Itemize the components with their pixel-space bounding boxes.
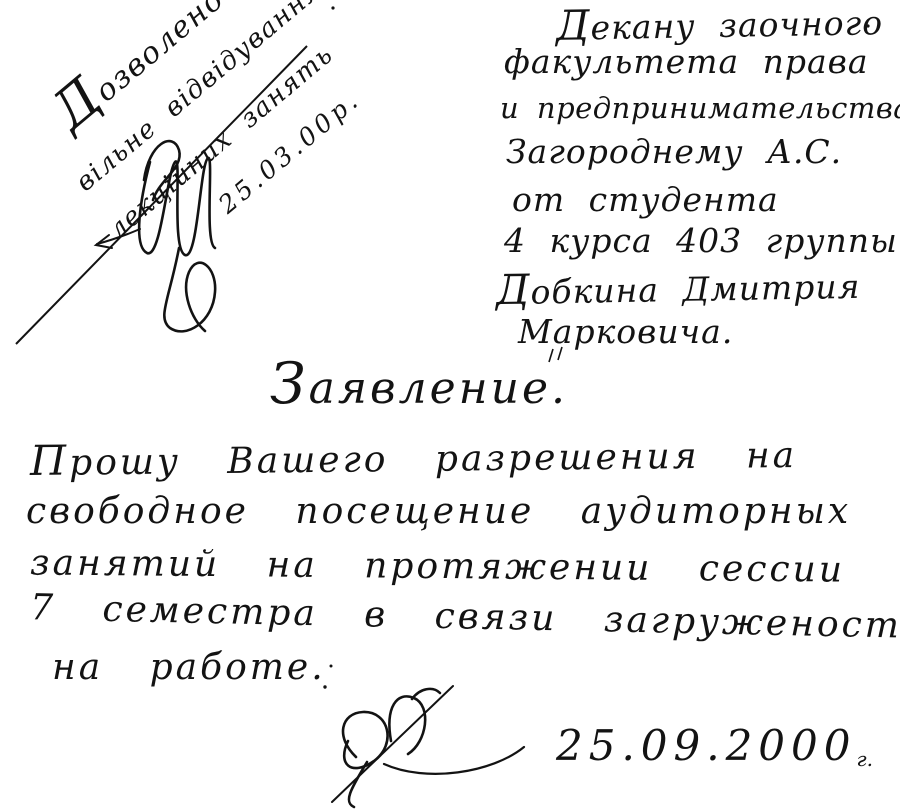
signature-date: 25.09.2000г. <box>556 722 873 770</box>
addressee-line: Добкина Дмитрия <box>496 261 861 314</box>
addressee-line: от студента <box>512 182 779 219</box>
body-line: свободное посещение аудиторных <box>26 492 851 532</box>
signature-date-main: 25.09.2000 <box>556 721 856 770</box>
body-line: 7 семестра в связи загруженостью <box>30 588 900 648</box>
addressee-line: 4 курса 403 группы <box>504 223 898 260</box>
addressee-line: и предпринимательства <box>500 92 900 124</box>
addressee-line: Марковича. <box>518 314 733 351</box>
addressee-line: Загороднему А.С. <box>506 134 842 171</box>
body-line: Прошу Вашего разрешения на <box>30 430 798 484</box>
body-line: на работе. <box>52 648 326 688</box>
document-title: Заявление. <box>270 352 568 416</box>
addressee-line: факультета права <box>504 44 869 81</box>
student-signature <box>332 686 524 807</box>
signature-date-suffix: г. <box>856 747 872 771</box>
scanned-application-document: { "page": { "background": "#ffffff", "in… <box>0 0 900 812</box>
body-line: занятий на протяжении сессии <box>30 543 845 590</box>
